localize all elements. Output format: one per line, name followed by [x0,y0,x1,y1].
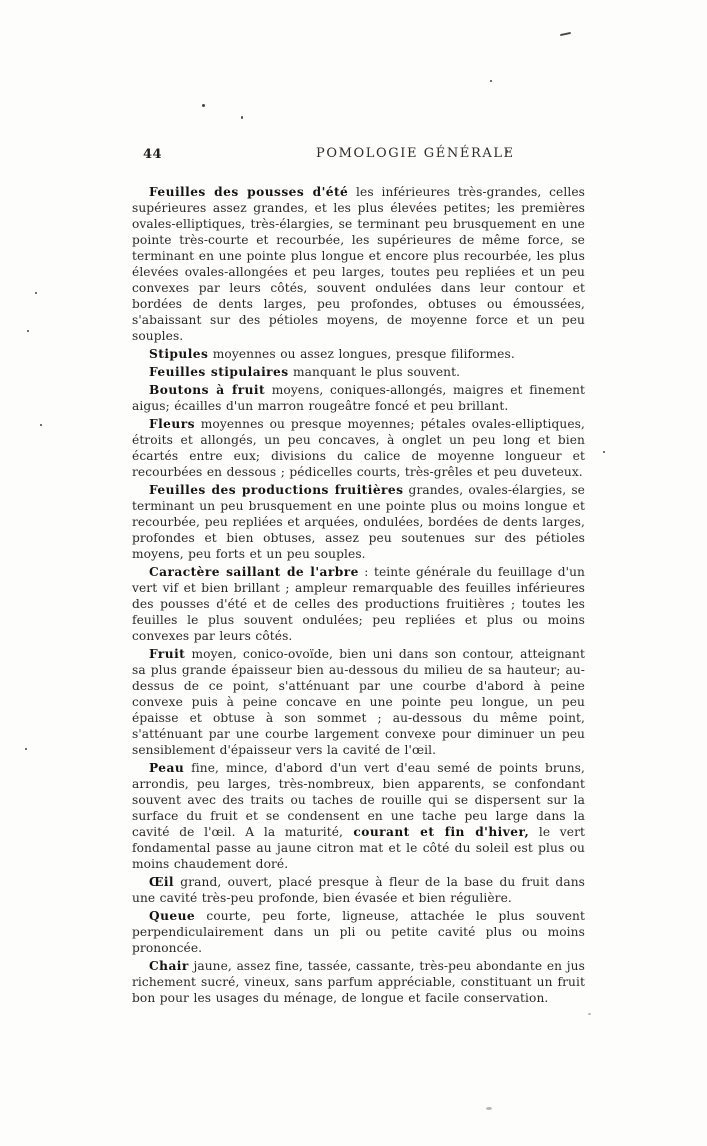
paragraph: Feuilles stipulaires manquant le plus so… [132,364,585,380]
paragraph: Feuilles des pousses d'été les inférieur… [132,184,585,344]
paragraph-lead: Caractère saillant de l'arbre [149,565,359,579]
paragraph: Peau fine, mince, d'abord d'un vert d'ea… [132,760,585,872]
scan-speck [588,1013,591,1015]
paragraph: Feuilles des productions fruitières gran… [132,482,585,562]
paragraph-lead: Queue [149,909,195,923]
paragraph-lead: Peau [149,761,184,775]
paragraph: Fruit moyen, conico-ovoïde, bien uni dan… [132,646,585,758]
paragraph-lead: Fruit [149,647,185,661]
paragraph-lead: Fleurs [149,417,195,431]
paragraph-lead: Stipules [149,347,208,361]
scan-speck [603,451,605,453]
scan-speck [490,80,492,82]
paragraph: Chair jaune, assez fine, tassée, cassant… [132,958,585,1006]
paragraph-bold-phrase: courant et fin d'hiver, [343,825,529,839]
scan-speck [486,1107,492,1110]
scan-speck [40,424,42,426]
scan-speck [25,748,27,750]
scanned-book-page: 44 POMOLOGIE GÉNÉRALE Feuilles des pouss… [0,0,707,1146]
paragraph: Caractère saillant de l'arbre : teinte g… [132,564,585,644]
paragraph: Boutons à fruit moyens, coniques-allongé… [132,382,585,414]
paragraph-lead: Feuilles stipulaires [149,365,289,379]
paragraph: Fleurs moyennes ou presque moyennes; pét… [132,416,585,480]
paragraph: Stipules moyennes ou assez longues, pres… [132,346,585,362]
scan-speck [241,116,243,119]
scan-speck [202,104,205,107]
paragraph-lead: Feuilles des productions fruitières [149,483,403,497]
running-title: POMOLOGIE GÉNÉRALE [316,146,515,161]
page-body: Feuilles des pousses d'été les inférieur… [132,184,585,1008]
page-header: 44 POMOLOGIE GÉNÉRALE [0,146,707,166]
paragraph: Œil grand, ouvert, placé presque à fleur… [132,874,585,906]
scan-speck [506,150,508,153]
paragraph-lead: Chair [149,959,189,973]
paragraph: Queue courte, peu forte, ligneuse, attac… [132,908,585,956]
paragraph-lead: Feuilles des pousses d'été [149,185,348,199]
paragraph-lead: Boutons à fruit [149,383,265,397]
paragraph-lead: Œil [149,875,174,889]
page-number: 44 [143,147,162,162]
scan-speck [35,292,37,294]
scan-speck [560,32,571,36]
scan-speck [27,330,29,332]
